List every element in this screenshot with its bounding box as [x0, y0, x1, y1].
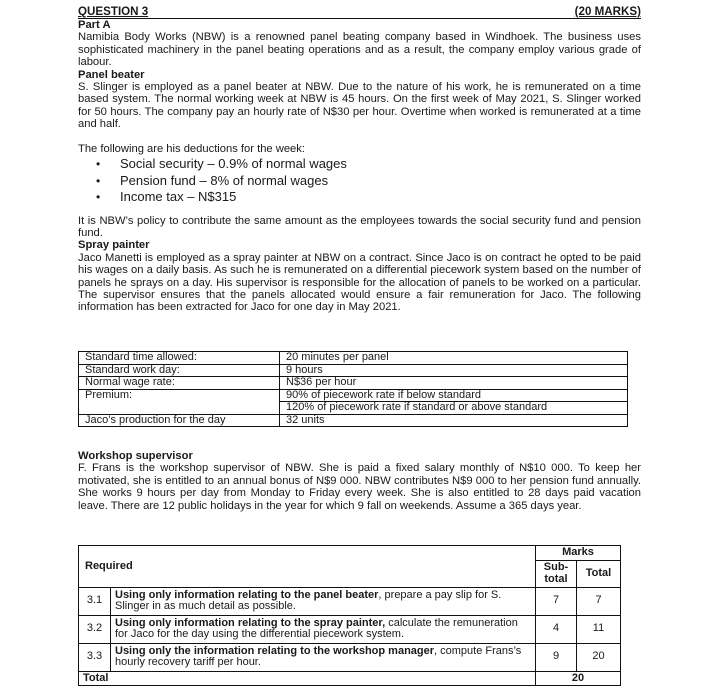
spray-painter-paragraph: Jaco Manetti is employed as a spray pain… — [78, 252, 641, 314]
total-label: Total — [79, 671, 536, 686]
info-label: Standard work day: — [79, 364, 280, 377]
item-total: 11 — [577, 615, 621, 643]
info-value: 9 hours — [280, 364, 628, 377]
item-subtotal: 4 — [536, 615, 577, 643]
total-row: Total 20 — [79, 671, 621, 686]
deductions-intro: The following are his deductions for the… — [78, 143, 641, 155]
table-row: Normal wage rate: N$36 per hour — [79, 377, 628, 390]
question-header: QUESTION 3 (20 MARKS) — [78, 6, 641, 19]
question-page: QUESTION 3 (20 MARKS) Part A Namibia Bod… — [78, 6, 641, 314]
table-row: 3.3 Using only the information relating … — [79, 643, 621, 671]
total-heading: Total — [577, 560, 621, 587]
item-number: 3.3 — [79, 643, 111, 671]
panel-beater-paragraph: S. Slinger is employed as a panel beater… — [78, 81, 641, 131]
table-row: Jaco’s production for the day 32 units — [79, 414, 628, 427]
workshop-section: Workshop supervisor F. Frans is the work… — [78, 450, 641, 512]
item-number: 3.1 — [79, 587, 111, 615]
marks-heading: Marks — [536, 546, 621, 561]
info-value: N$36 per hour — [280, 377, 628, 390]
info-value: 20 minutes per panel — [280, 352, 628, 365]
intro-paragraph: Namibia Body Works (NBW) is a renowned p… — [78, 31, 641, 68]
part-title: Part A — [78, 19, 641, 31]
info-label: Jaco’s production for the day — [79, 414, 280, 427]
item-description: Using only the information relating to t… — [111, 643, 536, 671]
workshop-supervisor-paragraph: F. Frans is the workshop supervisor of N… — [78, 462, 641, 512]
deduction-item: Income tax – N$315 — [120, 189, 641, 206]
info-value: 90% of piecework rate if below standard — [280, 389, 628, 402]
info-label: Normal wage rate: — [79, 377, 280, 390]
required-heading: Required — [79, 546, 536, 588]
item-emphasis: Using only information relating to the p… — [115, 589, 378, 601]
question-marks: (20 MARKS) — [575, 6, 641, 18]
table-row: Premium: 90% of piecework rate if below … — [79, 389, 628, 402]
panel-beater-heading: Panel beater — [78, 69, 641, 81]
table-header-row: Required Marks — [79, 546, 621, 561]
info-label: Premium: — [79, 389, 280, 414]
deduction-item: Social security – 0.9% of normal wages — [120, 156, 641, 173]
item-subtotal: 7 — [536, 587, 577, 615]
item-emphasis: Using only the information relating to t… — [115, 645, 434, 657]
table-row: Standard work day: 9 hours — [79, 364, 628, 377]
policy-paragraph: It is NBW’s policy to contribute the sam… — [78, 215, 641, 240]
item-number: 3.2 — [79, 615, 111, 643]
item-description: Using only information relating to the s… — [111, 615, 536, 643]
table-row: 3.2 Using only information relating to t… — [79, 615, 621, 643]
item-total: 20 — [577, 643, 621, 671]
item-subtotal: 9 — [536, 643, 577, 671]
total-value: 20 — [536, 671, 621, 686]
item-emphasis: Using only information relating to the s… — [115, 617, 385, 629]
spray-painter-heading: Spray painter — [78, 239, 641, 251]
item-description: Using only information relating to the p… — [111, 587, 536, 615]
info-value: 120% of piecework rate if standard or ab… — [280, 402, 628, 415]
table-row: 3.1 Using only information relating to t… — [79, 587, 621, 615]
subtotal-heading: Sub-total — [536, 560, 577, 587]
info-label: Standard time allowed: — [79, 352, 280, 365]
deduction-item: Pension fund – 8% of normal wages — [120, 173, 641, 190]
question-title: QUESTION 3 — [78, 6, 148, 18]
table-row: Standard time allowed: 20 minutes per pa… — [79, 352, 628, 365]
workshop-supervisor-heading: Workshop supervisor — [78, 450, 641, 462]
required-table: Required Marks Sub-total Total 3.1 Using… — [78, 545, 621, 686]
info-value: 32 units — [280, 414, 628, 427]
deductions-list: Social security – 0.9% of normal wages P… — [78, 156, 641, 206]
item-total: 7 — [577, 587, 621, 615]
spray-painter-info-table: Standard time allowed: 20 minutes per pa… — [78, 351, 628, 427]
